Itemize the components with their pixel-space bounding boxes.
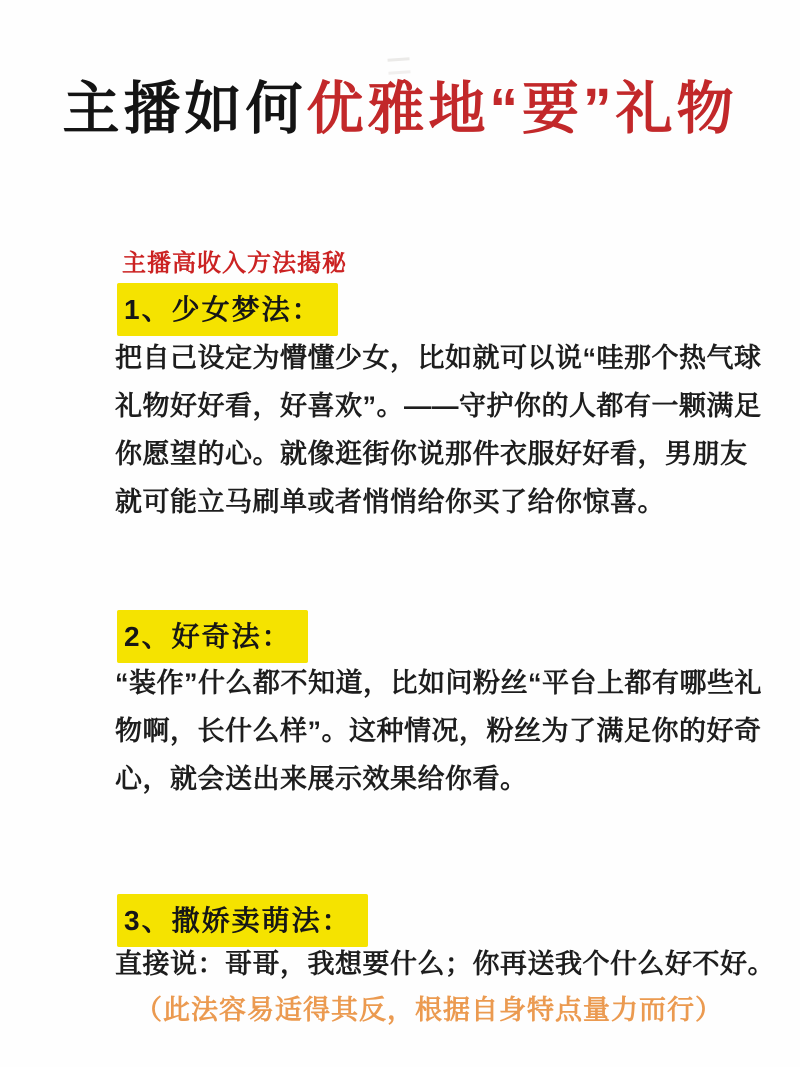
text-line: 心，就会送出来展示效果给你看。 — [115, 755, 735, 803]
text-line: 直接说：哥哥，我想要什么；你再送我个什么好不好。 — [115, 940, 735, 988]
smudge-artifact — [387, 57, 410, 74]
section-2: 2、好奇法： — [117, 610, 308, 663]
section-2-heading: 2、好奇法： — [117, 610, 308, 663]
section-1-body: 把自己设定为懵懂少女，比如就可以说“哇那个热气球 礼物好好看，好喜欢”。——守护… — [115, 334, 735, 526]
text-line: “装作”什么都不知道，比如问粉丝“平台上都有哪些礼 — [115, 659, 735, 707]
title-red-part: 优雅地“要”礼物 — [307, 77, 738, 141]
infographic-page: 主播如何优雅地“要”礼物 主播高收入方法揭秘 1、少女梦法： 把自己设定为懵懂少… — [0, 0, 800, 1067]
text-line: 就可能立马刷单或者悄悄给你买了给你惊喜。 — [115, 478, 735, 526]
section-1: 1、少女梦法： — [117, 283, 338, 336]
page-title: 主播如何优雅地“要”礼物 — [0, 74, 800, 145]
text-line: 把自己设定为懵懂少女，比如就可以说“哇那个热气球 — [115, 334, 735, 382]
title-black-part: 主播如何 — [63, 77, 307, 141]
text-line: 礼物好好看，好喜欢”。——守护你的人都有一颗满足 — [115, 382, 735, 430]
section-3-body: 直接说：哥哥，我想要什么；你再送我个什么好不好。 — [115, 940, 735, 988]
section-1-heading: 1、少女梦法： — [117, 283, 338, 336]
section-2-body: “装作”什么都不知道，比如问粉丝“平台上都有哪些礼 物啊，长什么样”。这种情况，… — [115, 659, 735, 803]
subtitle: 主播高收入方法揭秘 — [122, 243, 347, 278]
caution-note: （此法容易适得其反，根据自身特点量力而行） — [135, 992, 723, 1028]
text-line: 物啊，长什么样”。这种情况，粉丝为了满足你的好奇 — [115, 707, 735, 755]
text-line: 你愿望的心。就像逛街你说那件衣服好好看，男朋友 — [115, 430, 735, 478]
